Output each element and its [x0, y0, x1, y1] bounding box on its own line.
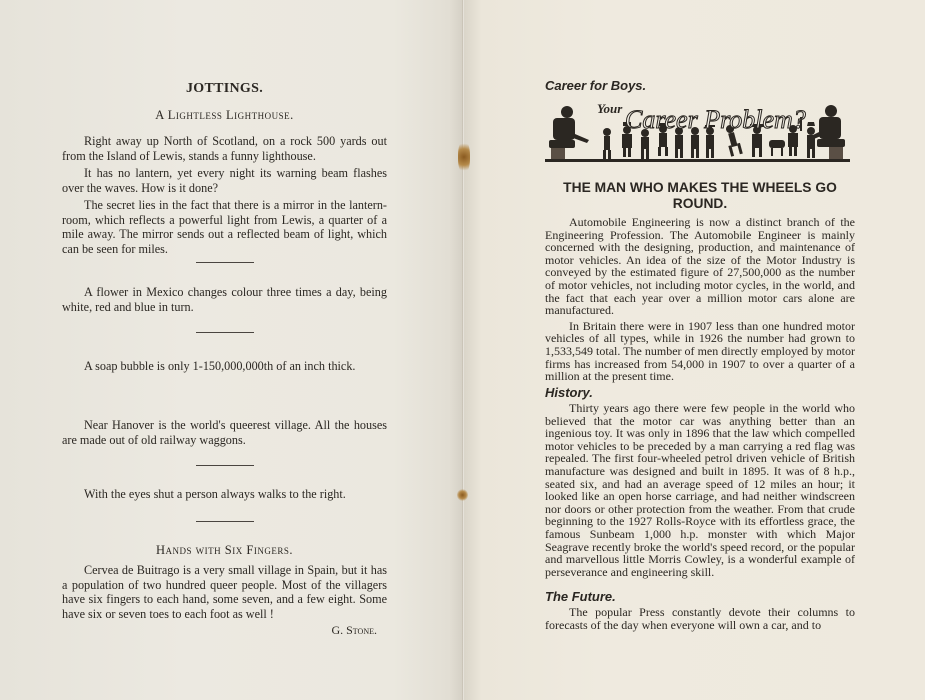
article-intro: Automobile Engineering is now a distinct…: [545, 216, 855, 383]
series-label: Career for Boys.: [545, 78, 646, 93]
paragraph: Cervea de Buitrago is a very small villa…: [62, 563, 387, 621]
paragraph: The secret lies in the fact that there i…: [62, 198, 387, 256]
jotting-hanover: Near Hanover is the world's queerest vil…: [62, 418, 387, 447]
lighthouse-text: Right away up North of Scotland, on a ro…: [62, 134, 387, 256]
banner-your-word: Your: [597, 101, 623, 116]
left-page: JOTTINGS. A Lightless Lighthouse. Right …: [0, 0, 463, 700]
career-problem-banner-illustration: Your Career Problem?: [545, 98, 853, 164]
divider: [62, 332, 387, 333]
book-gutter: [462, 0, 464, 700]
six-fingers-text: Cervea de Buitrago is a very small villa…: [62, 563, 387, 638]
author-signature: G. Stone.: [62, 623, 387, 638]
divider: [62, 521, 387, 522]
future-section: The Future. The popular Press constantly…: [545, 589, 855, 631]
page-title: JOTTINGS.: [62, 81, 387, 97]
paragraph: Near Hanover is the world's queerest vil…: [62, 418, 387, 447]
divider: [62, 465, 387, 466]
divider: [62, 262, 387, 263]
paragraph: With the eyes shut a person always walks…: [62, 487, 387, 502]
jotting-eyes-shut: With the eyes shut a person always walks…: [62, 487, 387, 502]
paper-stain: [458, 140, 470, 174]
jotting-soap-bubble: A soap bubble is only 1-150,000,000th of…: [62, 359, 387, 374]
paragraph: A soap bubble is only 1-150,000,000th of…: [62, 359, 387, 374]
section-heading-history: History.: [545, 385, 855, 400]
paper-stain: [457, 489, 468, 501]
paragraph: Thirty years ago there were few people i…: [545, 402, 855, 578]
history-section: History. Thirty years ago there were few…: [545, 385, 855, 578]
paragraph: Right away up North of Scotland, on a ro…: [62, 134, 387, 163]
article-title: THE MAN WHO MAKES THE WHEELS GO ROUND.: [545, 180, 855, 212]
paragraph: A flower in Mexico changes colour three …: [62, 285, 387, 314]
paragraph: Automobile Engineering is now a distinct…: [545, 216, 855, 317]
section-heading-future: The Future.: [545, 589, 855, 604]
paragraph: It has no lantern, yet every night its w…: [62, 166, 387, 195]
banner-illustration: Your Career Problem?: [545, 98, 853, 164]
section-heading-six-fingers: Hands with Six Fingers.: [62, 543, 387, 558]
paragraph: The popular Press constantly devote thei…: [545, 606, 855, 631]
paragraph: In Britain there were in 1907 less than …: [545, 320, 855, 383]
banner-headline: Career Problem?: [625, 105, 806, 134]
jotting-flower: A flower in Mexico changes colour three …: [62, 285, 387, 314]
section-heading-lighthouse: A Lightless Lighthouse.: [62, 108, 387, 123]
